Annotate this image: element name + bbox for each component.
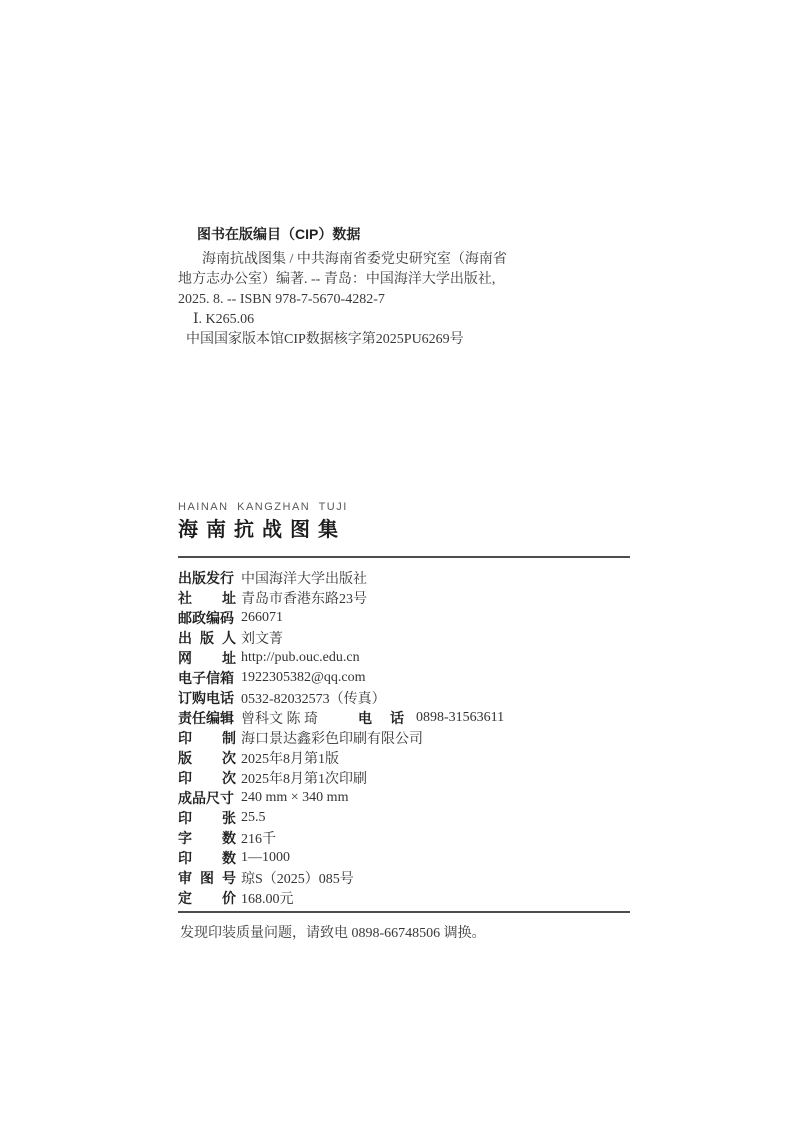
row-publisher: 出版发行 中国海洋大学出版社 <box>178 568 648 588</box>
row-printing: 印制 海口景达鑫彩色印刷有限公司 <box>178 728 648 748</box>
row-label: 社址 <box>178 588 236 608</box>
row-label: 印次 <box>178 768 236 788</box>
row-value: 1922305382@qq.com <box>241 670 366 686</box>
page-title: 海南抗战图集 <box>178 518 348 543</box>
row-label: 印数 <box>178 848 236 868</box>
row-postcode: 邮政编码 266071 <box>178 608 648 628</box>
row-value: 曾科文 陈 琦 <box>241 708 358 728</box>
row-label: 出版发行 <box>178 568 236 588</box>
row-price: 定价 168.00元 <box>178 888 648 908</box>
row-label: 审图号 <box>178 868 236 888</box>
cip-line: 海南抗战图集 / 中共海南省委党史研究室（海南省 <box>178 250 643 270</box>
row-sheets: 印张 25.5 <box>178 808 648 828</box>
row-label-phone: 电话 <box>358 708 404 728</box>
row-label: 版次 <box>178 748 236 768</box>
row-value: 2025年8月第1版 <box>241 748 339 768</box>
row-value-phone: 0898-31563611 <box>416 710 504 726</box>
cip-line: 中国国家版本馆CIP数据核字第2025PU6269号 <box>178 330 643 350</box>
cip-line: Ⅰ. K265.06 <box>178 310 643 330</box>
row-value: 266071 <box>241 610 283 626</box>
title-pinyin: HAINAN KANGZHAN TUJI <box>178 501 348 514</box>
quality-notice: 发现印装质量问题，请致电 0898-66748506 调换。 <box>180 922 486 942</box>
row-editor: 责任编辑 曾科文 陈 琦 电话 0898-31563611 <box>178 708 648 728</box>
row-value: http://pub.ouc.edu.cn <box>241 650 360 666</box>
row-label: 字数 <box>178 828 236 848</box>
row-label: 电子信箱 <box>178 668 236 688</box>
row-label: 出版人 <box>178 628 236 648</box>
row-printrun: 印数 1—1000 <box>178 848 648 868</box>
row-label: 成品尺寸 <box>178 788 236 808</box>
divider-top <box>178 556 630 558</box>
row-value: 216千 <box>241 828 276 848</box>
cip-header: 图书在版编目（CIP）数据 <box>178 224 643 244</box>
row-label: 印制 <box>178 728 236 748</box>
row-publisher-person: 出版人 刘文菁 <box>178 628 648 648</box>
row-website: 网址 http://pub.ouc.edu.cn <box>178 648 648 668</box>
row-value: 1—1000 <box>241 850 290 866</box>
row-label: 网址 <box>178 648 236 668</box>
row-value: 25.5 <box>241 810 266 826</box>
row-order-phone: 订购电话 0532-82032573（传真） <box>178 688 648 708</box>
row-value: 2025年8月第1次印刷 <box>241 768 367 788</box>
row-label: 责任编辑 <box>178 708 236 728</box>
row-value: 0532-82032573（传真） <box>241 688 386 708</box>
row-size: 成品尺寸 240 mm × 340 mm <box>178 788 648 808</box>
colophon-page: 图书在版编目（CIP）数据 海南抗战图集 / 中共海南省委党史研究室（海南省 地… <box>0 0 799 1138</box>
row-value: 中国海洋大学出版社 <box>241 568 367 588</box>
row-label: 邮政编码 <box>178 608 236 628</box>
divider-bottom <box>178 911 630 913</box>
row-value: 240 mm × 340 mm <box>241 790 348 806</box>
row-label: 印张 <box>178 808 236 828</box>
row-edition: 版次 2025年8月第1版 <box>178 748 648 768</box>
row-wordcount: 字数 216千 <box>178 828 648 848</box>
row-value: 168.00元 <box>241 888 294 908</box>
row-value: 海口景达鑫彩色印刷有限公司 <box>241 728 423 748</box>
row-address: 社址 青岛市香港东路23号 <box>178 588 648 608</box>
title-block: HAINAN KANGZHAN TUJI 海南抗战图集 <box>178 501 348 543</box>
row-email: 电子信箱 1922305382@qq.com <box>178 668 648 688</box>
cip-block: 图书在版编目（CIP）数据 海南抗战图集 / 中共海南省委党史研究室（海南省 地… <box>178 224 643 350</box>
colophon-table: 出版发行 中国海洋大学出版社 社址 青岛市香港东路23号 邮政编码 266071… <box>178 568 648 908</box>
row-label: 订购电话 <box>178 688 236 708</box>
row-impression: 印次 2025年8月第1次印刷 <box>178 768 648 788</box>
cip-line: 2025. 8. -- ISBN 978-7-5670-4282-7 <box>178 290 643 310</box>
row-value: 青岛市香港东路23号 <box>241 588 367 608</box>
row-map-approval: 审图号 琼S（2025）085号 <box>178 868 648 888</box>
cip-line: 地方志办公室）编著. -- 青岛：中国海洋大学出版社, <box>178 270 643 290</box>
row-label: 定价 <box>178 888 236 908</box>
row-value: 刘文菁 <box>241 628 283 648</box>
row-value: 琼S（2025）085号 <box>241 868 354 888</box>
